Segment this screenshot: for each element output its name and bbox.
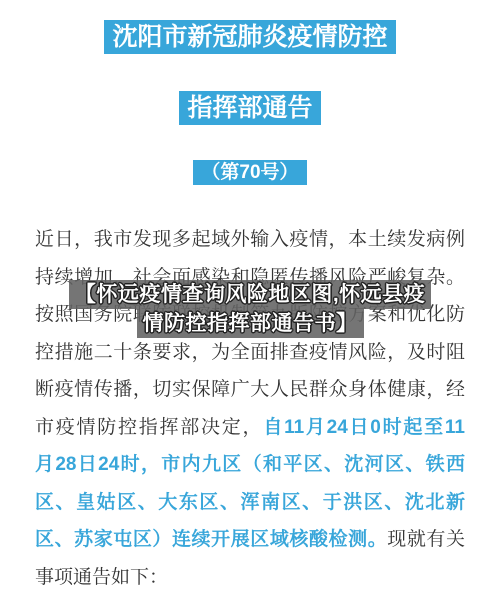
body-line: 按照国务院联防联控机制第九版防控方案和优化防 — [35, 296, 465, 334]
body-line: 控措施二十条要求，为全面排查疫情风险，及时阻 — [35, 334, 465, 372]
text-segment-blue: 月28日24时，市内九区（和平区、沈河区、铁西 — [35, 454, 465, 475]
body-line: 持续增加，社会面感染和隐匿传播风险严峻复杂。 — [35, 259, 465, 297]
text-segment-blue: 区、皇姑区、大东区、浑南区、于洪区、沈北新 — [35, 492, 465, 513]
body-line: 近日，我市发现多起域外输入疫情，本土续发病例 — [35, 221, 465, 259]
body-line: 月28日24时，市内九区（和平区、沈河区、铁西 — [35, 446, 465, 484]
header-title-row-2: 指挥部通告 — [0, 91, 500, 125]
text-segment-dark: 持续增加，社会面感染和隐匿传播风险严峻复杂。 — [35, 267, 465, 288]
header-title-line-2: 指挥部通告 — [179, 91, 320, 125]
text-segment-dark: 事项通告如下： — [35, 567, 168, 588]
header-title-line-1: 沈阳市新冠肺炎疫情防控 — [104, 20, 395, 54]
body-line: 断疫情传播，切实保障广大人民群众身体健康，经 — [35, 371, 465, 409]
text-segment-dark: 断疫情传播，切实保障广大人民群众身体健康，经 — [35, 379, 465, 400]
text-segment-blue: 自11月24日0时起至11 — [263, 417, 465, 438]
text-segment-dark: 现就有关 — [387, 529, 465, 550]
text-segment-dark: 市疫情防控指挥部决定， — [35, 417, 263, 438]
body-line: 市疫情防控指挥部决定，自11月24日0时起至11 — [35, 409, 465, 447]
header-title-row-1: 沈阳市新冠肺炎疫情防控 — [0, 20, 500, 54]
header-issue-number-row: （第70号） — [0, 160, 500, 185]
notice-body: 近日，我市发现多起域外输入疫情，本土续发病例持续增加，社会面感染和隐匿传播风险严… — [35, 221, 465, 596]
body-line: 区、皇姑区、大东区、浑南区、于洪区、沈北新 — [35, 484, 465, 522]
text-segment-dark: 控措施二十条要求，为全面排查疫情风险，及时阻 — [35, 342, 465, 363]
body-line: 区、苏家屯区）连续开展区域核酸检测。现就有关 — [35, 521, 465, 559]
text-segment-dark: 按照国务院联防联控机制第九版防控方案和优化防 — [35, 304, 465, 325]
body-line: 事项通告如下： — [35, 559, 465, 597]
text-segment-blue: 区、苏家屯区）连续开展区域核酸检测。 — [35, 529, 387, 550]
notice-page: 沈阳市新冠肺炎疫情防控 指挥部通告 （第70号） 近日，我市发现多起域外输入疫情… — [0, 0, 500, 607]
text-segment-dark: 近日，我市发现多起域外输入疫情，本土续发病例 — [35, 229, 465, 250]
issue-number-badge: （第70号） — [193, 160, 306, 185]
